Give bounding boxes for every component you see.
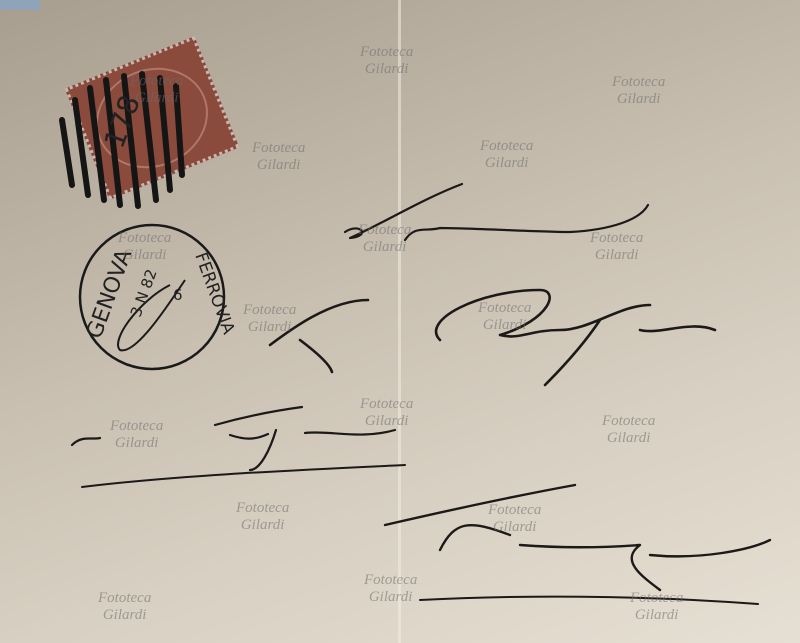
watermark: FototecaGilardi — [590, 230, 643, 264]
watermark: FototecaGilardi — [630, 590, 683, 624]
watermark: FototecaGilardi — [130, 73, 183, 107]
watermark: FototecaGilardi — [612, 74, 665, 108]
watermark: FototecaGilardi — [110, 418, 163, 452]
watermark: FototecaGilardi — [478, 300, 531, 334]
underline-toscani — [82, 465, 405, 487]
postmark-hour: 6 — [173, 286, 183, 304]
underline-firenze — [420, 597, 758, 604]
envelope: 178 GENOVA FERROVIA 3 N 82 6 Signora L. … — [0, 0, 800, 643]
watermark: FototecaGilardi — [364, 572, 417, 606]
watermark: FototecaGilardi — [98, 590, 151, 624]
watermark: FototecaGilardi — [480, 138, 533, 172]
watermark: FototecaGilardi — [358, 222, 411, 256]
handwriting-and-cancels: 178 GENOVA FERROVIA 3 N 82 6 Signora L. … — [0, 0, 800, 643]
address-line-1: Signora — [420, 206, 515, 239]
watermark: FototecaGilardi — [602, 413, 655, 447]
watermark: FototecaGilardi — [118, 230, 171, 264]
watermark: FototecaGilardi — [360, 44, 413, 78]
watermark: FototecaGilardi — [360, 396, 413, 430]
postmark-office: FERROVIA — [190, 250, 238, 338]
watermark: FototecaGilardi — [236, 500, 289, 534]
watermark: FototecaGilardi — [243, 302, 296, 336]
watermark: FototecaGilardi — [252, 140, 305, 174]
watermark: FototecaGilardi — [488, 502, 541, 536]
